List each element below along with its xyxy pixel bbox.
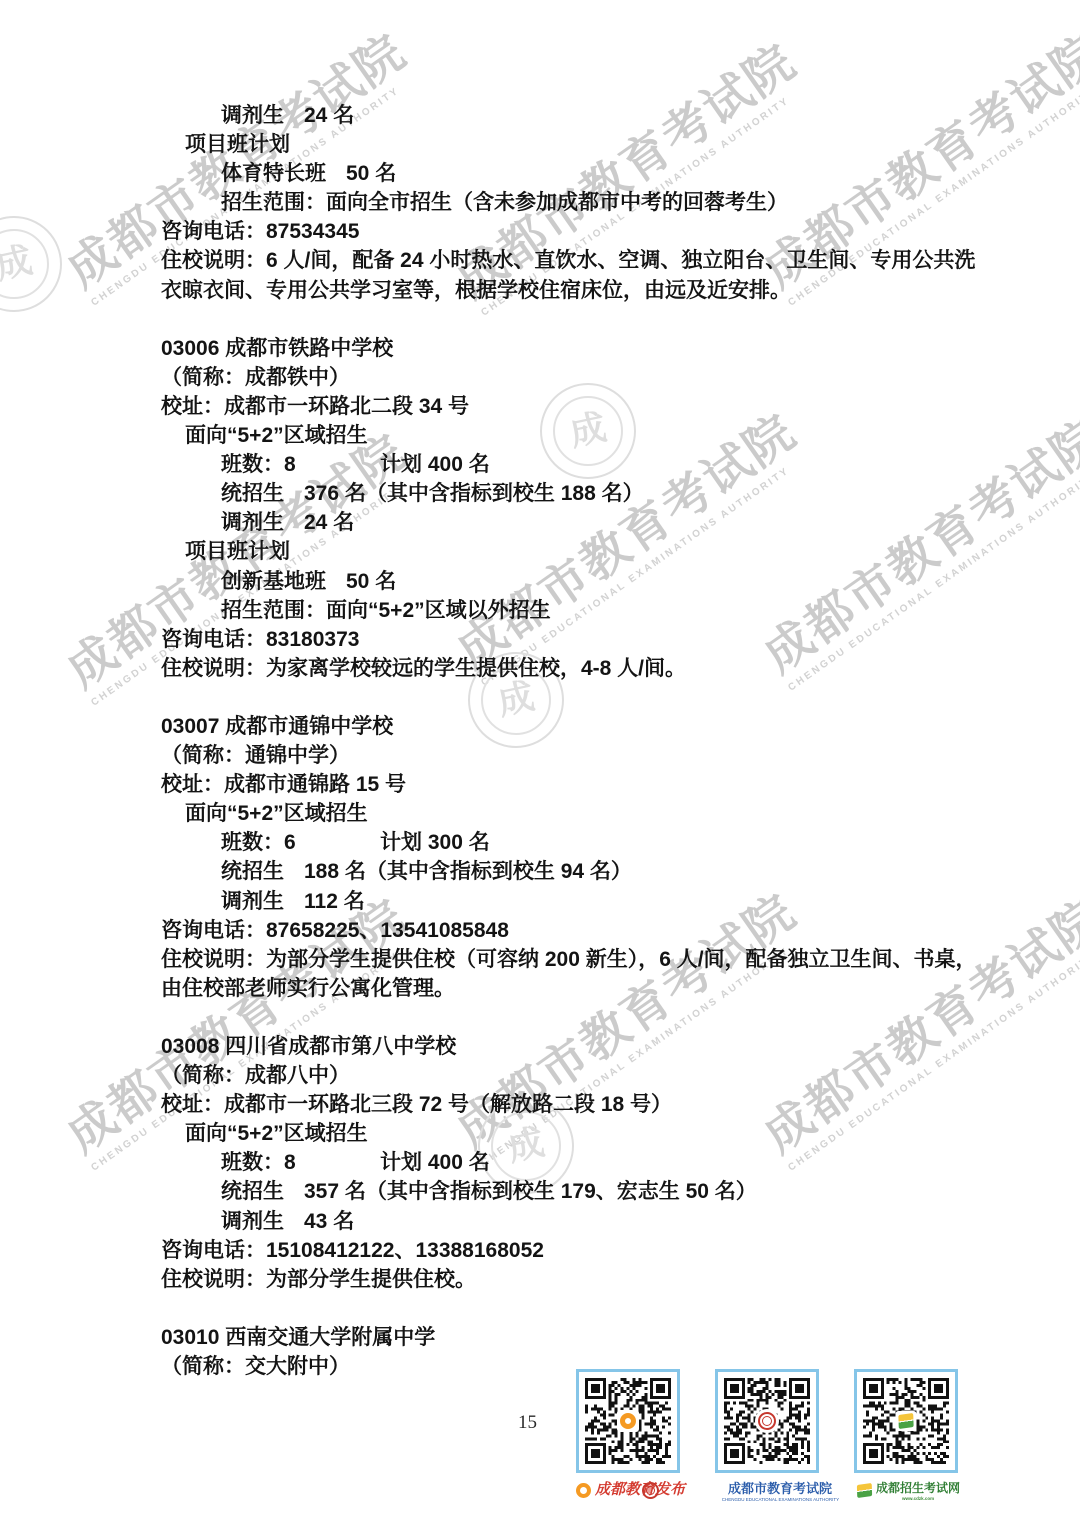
- text-line: 统招生357 名（其中含指标到校生 179、宏志生 50 名）: [161, 1177, 1061, 1206]
- qr-frame: [854, 1369, 958, 1473]
- text-line: 体育特长班50 名: [161, 159, 1061, 188]
- text-line: 住校说明：为部分学生提供住校。: [161, 1265, 1061, 1294]
- school-section-03007: 03007 成都市通锦中学校 （简称：通锦中学） 校址：成都市通锦路 15 号 …: [161, 712, 1061, 1003]
- line-label: 咨询电话：15108412122、13388168052: [161, 1239, 544, 1262]
- text-line: 调剂生112 名: [161, 887, 1061, 916]
- text-line: 调剂生24 名: [161, 101, 1061, 130]
- text-line: 咨询电话：83180373: [161, 625, 1061, 654]
- school-title: 03007 成都市通锦中学校: [161, 712, 1061, 741]
- qr-code-chengdu-education-release: [576, 1369, 680, 1473]
- line-label: 招生范围：面向全市招生（含未参加成都市中考的回蓉考生）: [221, 191, 788, 214]
- line-value: 50 名: [346, 162, 396, 185]
- school-title: 03008 四川省成都市第八中学校: [161, 1032, 1061, 1061]
- line-label: 统招生: [221, 482, 284, 505]
- school-title: 03010 西南交通大学附属中学: [161, 1323, 1061, 1352]
- text-line: 班数：6计划 300 名: [161, 828, 1061, 857]
- text-line: 衣晾衣间、专用公共学习室等，根据学校住宿床位，由远及近安排。: [161, 276, 1061, 305]
- school-section-03006: 03006 成都市铁路中学校 （简称：成都铁中） 校址：成都市一环路北二段 34…: [161, 334, 1061, 683]
- line-label: 招生范围：面向“5+2”区域以外招生: [221, 599, 551, 622]
- school-title: 03006 成都市铁路中学校: [161, 334, 1061, 363]
- school-section-continued: 调剂生24 名 项目班计划 体育特长班50 名 招生范围：面向全市招生（含未参加…: [161, 101, 1061, 305]
- text-line: 校址：成都市一环路北二段 34 号: [161, 392, 1061, 421]
- text-line: 面向“5+2”区域招生: [161, 421, 1061, 450]
- line-label: 03010 西南交通大学附属中学: [161, 1326, 435, 1349]
- line-label: 调剂生: [221, 890, 284, 913]
- line-label: （简称：交大附中）: [161, 1355, 350, 1378]
- line-value: 24 名: [304, 104, 354, 127]
- line-label: 面向“5+2”区域招生: [185, 802, 368, 825]
- qr-labels-row: 成都教育发布 成都市教育考试院 CHENGDU EDUCATIONAL EXAM…: [561, 1481, 978, 1507]
- line-label: 03008 四川省成都市第八中学校: [161, 1035, 456, 1058]
- line-label: 项目班计划: [185, 133, 290, 156]
- school-section-03008: 03008 四川省成都市第八中学校 （简称：成都八中） 校址：成都市一环路北三段…: [161, 1032, 1061, 1294]
- qr-code-examinations-authority: [715, 1369, 819, 1473]
- qr-label-caption: www.cdzk.com: [902, 1496, 934, 1501]
- text-line: 住校说明：为部分学生提供住校（可容纳 200 新生），6 人/间，配备独立卫生间…: [161, 945, 1061, 974]
- qr-codes-row: [576, 1369, 958, 1473]
- line-label: 校址：成都市一环路北三段 72 号（解放路二段 18 号）: [161, 1093, 672, 1116]
- line-label: 统招生: [221, 1180, 284, 1203]
- text-line: （简称：成都八中）: [161, 1061, 1061, 1090]
- line-value: 计划 300 名: [380, 831, 490, 854]
- text-line: （简称：通锦中学）: [161, 741, 1061, 770]
- text-line: 校址：成都市一环路北三段 72 号（解放路二段 18 号）: [161, 1090, 1061, 1119]
- qr-label-caption: CHENGDU EDUCATIONAL EXAMINATIONS AUTHORI…: [721, 1497, 838, 1502]
- line-label: 面向“5+2”区域招生: [185, 424, 368, 447]
- line-value: 43 名: [304, 1210, 354, 1233]
- text-line: 班数：8计划 400 名: [161, 1148, 1061, 1177]
- line-value: 50 名: [346, 570, 396, 593]
- line-value: 357 名（其中含指标到校生 179、宏志生 50 名）: [304, 1180, 757, 1203]
- line-label: 校址：成都市一环路北二段 34 号: [161, 395, 469, 418]
- page-number: 15: [518, 1412, 537, 1434]
- text-line: 调剂生24 名: [161, 508, 1061, 537]
- text-line: 招生范围：面向全市招生（含未参加成都市中考的回蓉考生）: [161, 188, 1061, 217]
- line-label: 咨询电话：87534345: [161, 220, 359, 243]
- document-page: 成都市教育考试院CHENGDU EDUCATIONAL EXAMINATIONS…: [0, 0, 1080, 1528]
- watermark-seal-icon: 成: [0, 216, 62, 312]
- qr-code-enrollment-website: [854, 1369, 958, 1473]
- line-label: 统招生: [221, 860, 284, 883]
- line-label: 调剂生: [221, 1210, 284, 1233]
- text-line: （简称：成都铁中）: [161, 363, 1061, 392]
- text-line: 招生范围：面向“5+2”区域以外招生: [161, 596, 1061, 625]
- line-label: 住校说明：6 人/间，配备 24 小时热水、直饮水、空调、独立阳台、卫生间、专用…: [161, 249, 975, 272]
- line-label: 03006 成都市铁路中学校: [161, 337, 393, 360]
- text-line: 项目班计划: [161, 537, 1061, 566]
- line-value: 计划 400 名: [380, 453, 490, 476]
- line-label: 调剂生: [221, 511, 284, 534]
- line-label: （简称：通锦中学）: [161, 744, 350, 767]
- text-line: 咨询电话：15108412122、13388168052: [161, 1236, 1061, 1265]
- qr-label-examinations-authority: 成都市教育考试院 CHENGDU EDUCATIONAL EXAMINATION…: [700, 1481, 839, 1507]
- text-line: 住校说明：为家离学校较远的学生提供住校，4-8 人/间。: [161, 654, 1061, 683]
- line-label: 班数：8: [221, 1148, 360, 1177]
- red-seal-icon: [755, 1409, 779, 1433]
- line-label: （简称：成都八中）: [161, 1064, 350, 1087]
- line-label: 校址：成都市通锦路 15 号: [161, 773, 406, 796]
- line-label: 项目班计划: [185, 540, 290, 563]
- text-line: 由住校部老师实行公寓化管理。: [161, 974, 1061, 1003]
- text-line: 统招生376 名（其中含指标到校生 188 名）: [161, 479, 1061, 508]
- page-content: 调剂生24 名 项目班计划 体育特长班50 名 招生范围：面向全市招生（含未参加…: [161, 101, 1061, 1410]
- line-label: 调剂生: [221, 104, 284, 127]
- qr-frame: [715, 1369, 819, 1473]
- orange-ring-icon: [617, 1410, 639, 1432]
- line-label: （简称：成都铁中）: [161, 366, 350, 389]
- text-line: 面向“5+2”区域招生: [161, 799, 1061, 828]
- text-line: 调剂生43 名: [161, 1207, 1061, 1236]
- line-label: 面向“5+2”区域招生: [185, 1122, 368, 1145]
- line-value: 24 名: [304, 511, 354, 534]
- text-line: 面向“5+2”区域招生: [161, 1119, 1061, 1148]
- line-label: 咨询电话：83180373: [161, 628, 359, 651]
- qr-frame: [576, 1369, 680, 1473]
- text-line: 班数：8计划 400 名: [161, 450, 1061, 479]
- line-label: 咨询电话：87658225、13541085848: [161, 919, 509, 942]
- line-label: 衣晾衣间、专用公共学习室等，根据学校住宿床位，由远及近安排。: [161, 279, 791, 302]
- line-value: 112 名: [304, 890, 365, 913]
- qr-label-text: 成都市教育考试院: [728, 1481, 832, 1497]
- line-label: 住校说明：为部分学生提供住校。: [161, 1268, 476, 1291]
- text-line: 创新基地班50 名: [161, 567, 1061, 596]
- orange-ring-icon: [576, 1483, 591, 1498]
- text-line: 住校说明：6 人/间，配备 24 小时热水、直饮水、空调、独立阳台、卫生间、专用…: [161, 246, 1061, 275]
- line-label: 创新基地班: [221, 570, 326, 593]
- line-label: 03007 成都市通锦中学校: [161, 715, 393, 738]
- red-seal-icon: [642, 1482, 659, 1499]
- text-line: 项目班计划: [161, 130, 1061, 159]
- line-value: 188 名（其中含指标到校生 94 名）: [304, 860, 632, 883]
- line-value: 计划 400 名: [380, 1151, 490, 1174]
- line-value: 376 名（其中含指标到校生 188 名）: [304, 482, 644, 505]
- text-line: 咨询电话：87658225、13541085848: [161, 916, 1061, 945]
- qr-label-text: 成都招生考试网: [876, 1481, 960, 1496]
- line-label: 由住校部老师实行公寓化管理。: [161, 977, 455, 1000]
- line-label: 班数：6: [221, 828, 360, 857]
- line-label: 班数：8: [221, 450, 360, 479]
- line-label: 体育特长班: [221, 162, 326, 185]
- yellow-green-cup-icon: [896, 1411, 917, 1431]
- text-line: 统招生188 名（其中含指标到校生 94 名）: [161, 857, 1061, 886]
- qr-label-enrollment-website: 成都招生考试网 www.cdzk.com: [839, 1481, 978, 1507]
- seal-glyph: 成: [0, 242, 35, 285]
- line-label: 住校说明：为家离学校较远的学生提供住校，4-8 人/间。: [161, 657, 686, 680]
- text-line: 校址：成都市通锦路 15 号: [161, 770, 1061, 799]
- yellow-green-cup-icon: [857, 1483, 872, 1498]
- line-label: 住校说明：为部分学生提供住校（可容纳 200 新生），6 人/间，配备独立卫生间…: [161, 948, 977, 971]
- text-line: 咨询电话：87534345: [161, 217, 1061, 246]
